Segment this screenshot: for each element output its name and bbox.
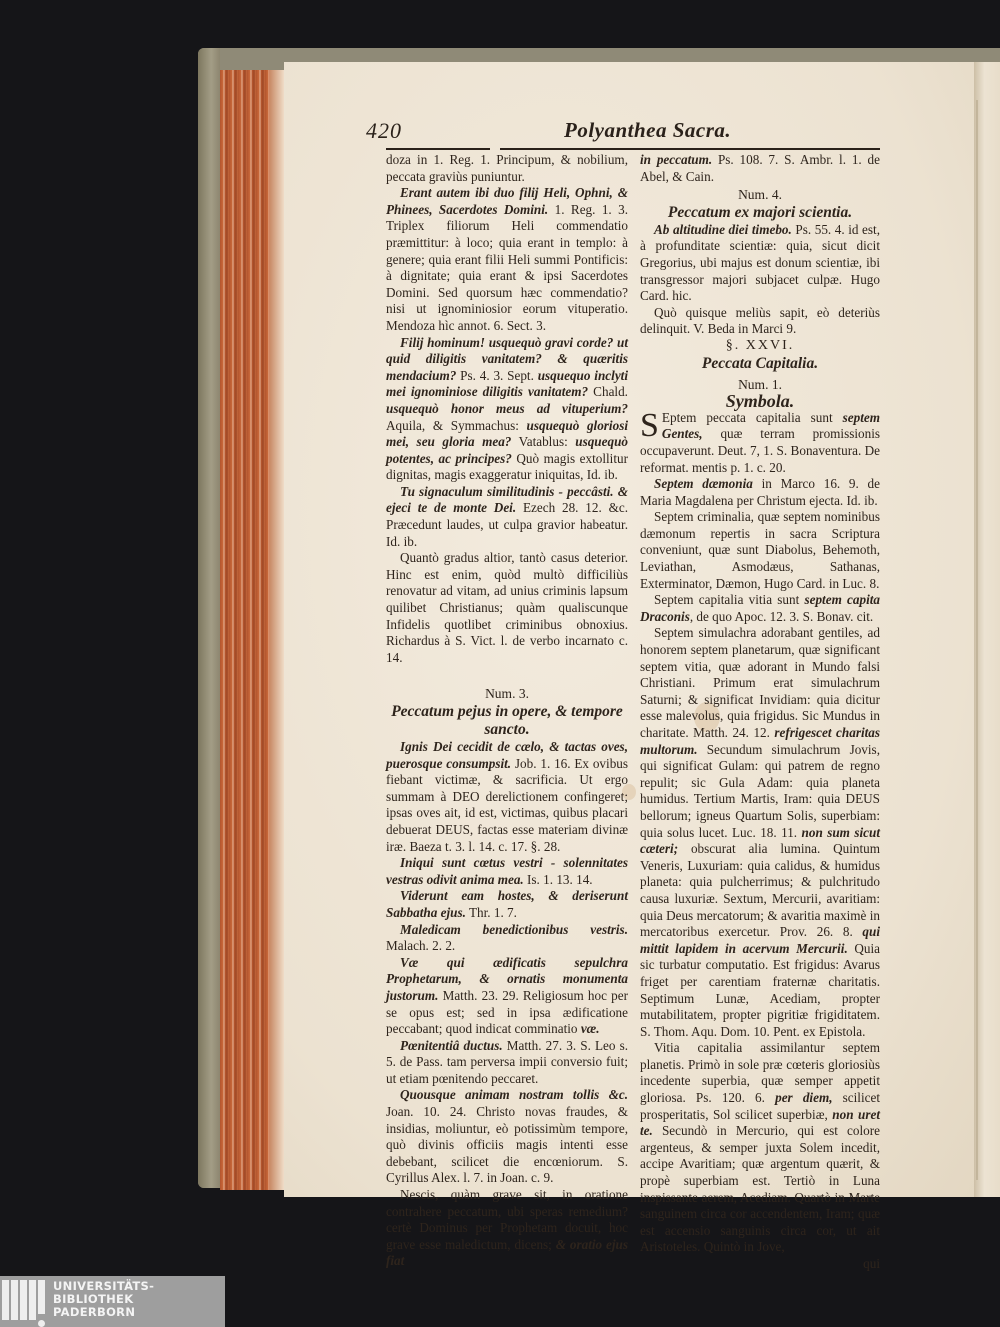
drop-cap: S xyxy=(640,412,659,440)
book-cover-edge xyxy=(198,48,220,1188)
paragraph: Tu signaculum similitudinis - peccâsti. … xyxy=(386,484,628,550)
num-heading: Num. 4. xyxy=(640,187,880,204)
gutter-fold xyxy=(976,100,978,1180)
paragraph: Nescis, quàm grave sit, in oratione cont… xyxy=(386,1187,628,1270)
paragraph: Vitia capitalia assimilantur septem plan… xyxy=(640,1040,880,1256)
paragraph: Quantò gradus altior, tantò casus deteri… xyxy=(386,550,628,666)
paragraph: Væ qui ædificatis sepulchra Prophetarum,… xyxy=(386,955,628,1038)
paragraph: Septem capitalia vitia sunt septem capit… xyxy=(640,592,880,625)
section-title: Peccatum ex majori scientia. xyxy=(640,204,880,222)
section-title: Peccata Capitalia. xyxy=(640,355,880,373)
paragraph: Quousque animam nostram tollis &c. Joan.… xyxy=(386,1087,628,1187)
paragraph: Maledicam benedictionibus vestris. Malac… xyxy=(386,922,628,955)
paragraph: Septem dæmonia in Marco 16. 9. de Maria … xyxy=(640,476,880,509)
paragraph: Erant autem ibi duo filij Heli, Ophni, &… xyxy=(386,185,628,334)
paragraph: Ignis Dei cecidit de cælo, & tactas oves… xyxy=(386,739,628,855)
left-column: doza in 1. Reg. 1. Principum, & nobilium… xyxy=(386,152,628,1270)
paragraph: Septem criminalia, quæ septem nominibus … xyxy=(640,509,880,592)
page-header: 420 Polyanthea Sacra. xyxy=(362,118,880,148)
paragraph: Pœnitentiâ ductus. Matth. 27. 3. S. Leo … xyxy=(386,1038,628,1088)
running-title: Polyanthea Sacra. xyxy=(564,118,731,143)
library-logo: UNIVERSITÄTS- BIBLIOTHEK PADERBORN xyxy=(0,1276,225,1327)
paragraph: Viderunt eam hostes, & deriserunt Sabbat… xyxy=(386,888,628,921)
right-column: in peccatum. Ps. 108. 7. S. Ambr. l. 1. … xyxy=(640,152,880,1273)
paragraph: Septem simulachra adorabant gentiles, ad… xyxy=(640,625,880,1040)
page-edge-shadow xyxy=(270,70,284,1190)
paragraph: Quò quisque meliùs sapit, eò deteriùs de… xyxy=(640,305,880,338)
paragraph: doza in 1. Reg. 1. Principum, & nobilium… xyxy=(386,152,628,185)
subsection-title: Symbola. xyxy=(640,393,880,410)
paragraph: in peccatum. Ps. 108. 7. S. Ambr. l. 1. … xyxy=(640,152,880,185)
section-mark: §. XXVI. xyxy=(640,338,880,355)
header-rule xyxy=(500,148,880,150)
catchword: qui xyxy=(640,1256,880,1273)
page-number: 420 xyxy=(366,118,402,144)
paragraph: Ab altitudine diei timebo. Ps. 55. 4. id… xyxy=(640,222,880,305)
num-heading: Num. 3. xyxy=(386,686,628,703)
section-title: Peccatum pejus in opere, & tempore sanct… xyxy=(386,703,628,739)
paragraph: SEptem peccata capitalia sunt septem Gen… xyxy=(640,410,880,476)
paragraph: Filij hominum! usquequò gravi corde? ut … xyxy=(386,335,628,484)
logo-text: UNIVERSITÄTS- BIBLIOTHEK PADERBORN xyxy=(53,1280,154,1319)
logo-bars-icon xyxy=(0,1280,46,1324)
header-rule xyxy=(386,148,490,150)
paragraph: Iniqui sunt cœtus vestri - solennitates … xyxy=(386,855,628,888)
